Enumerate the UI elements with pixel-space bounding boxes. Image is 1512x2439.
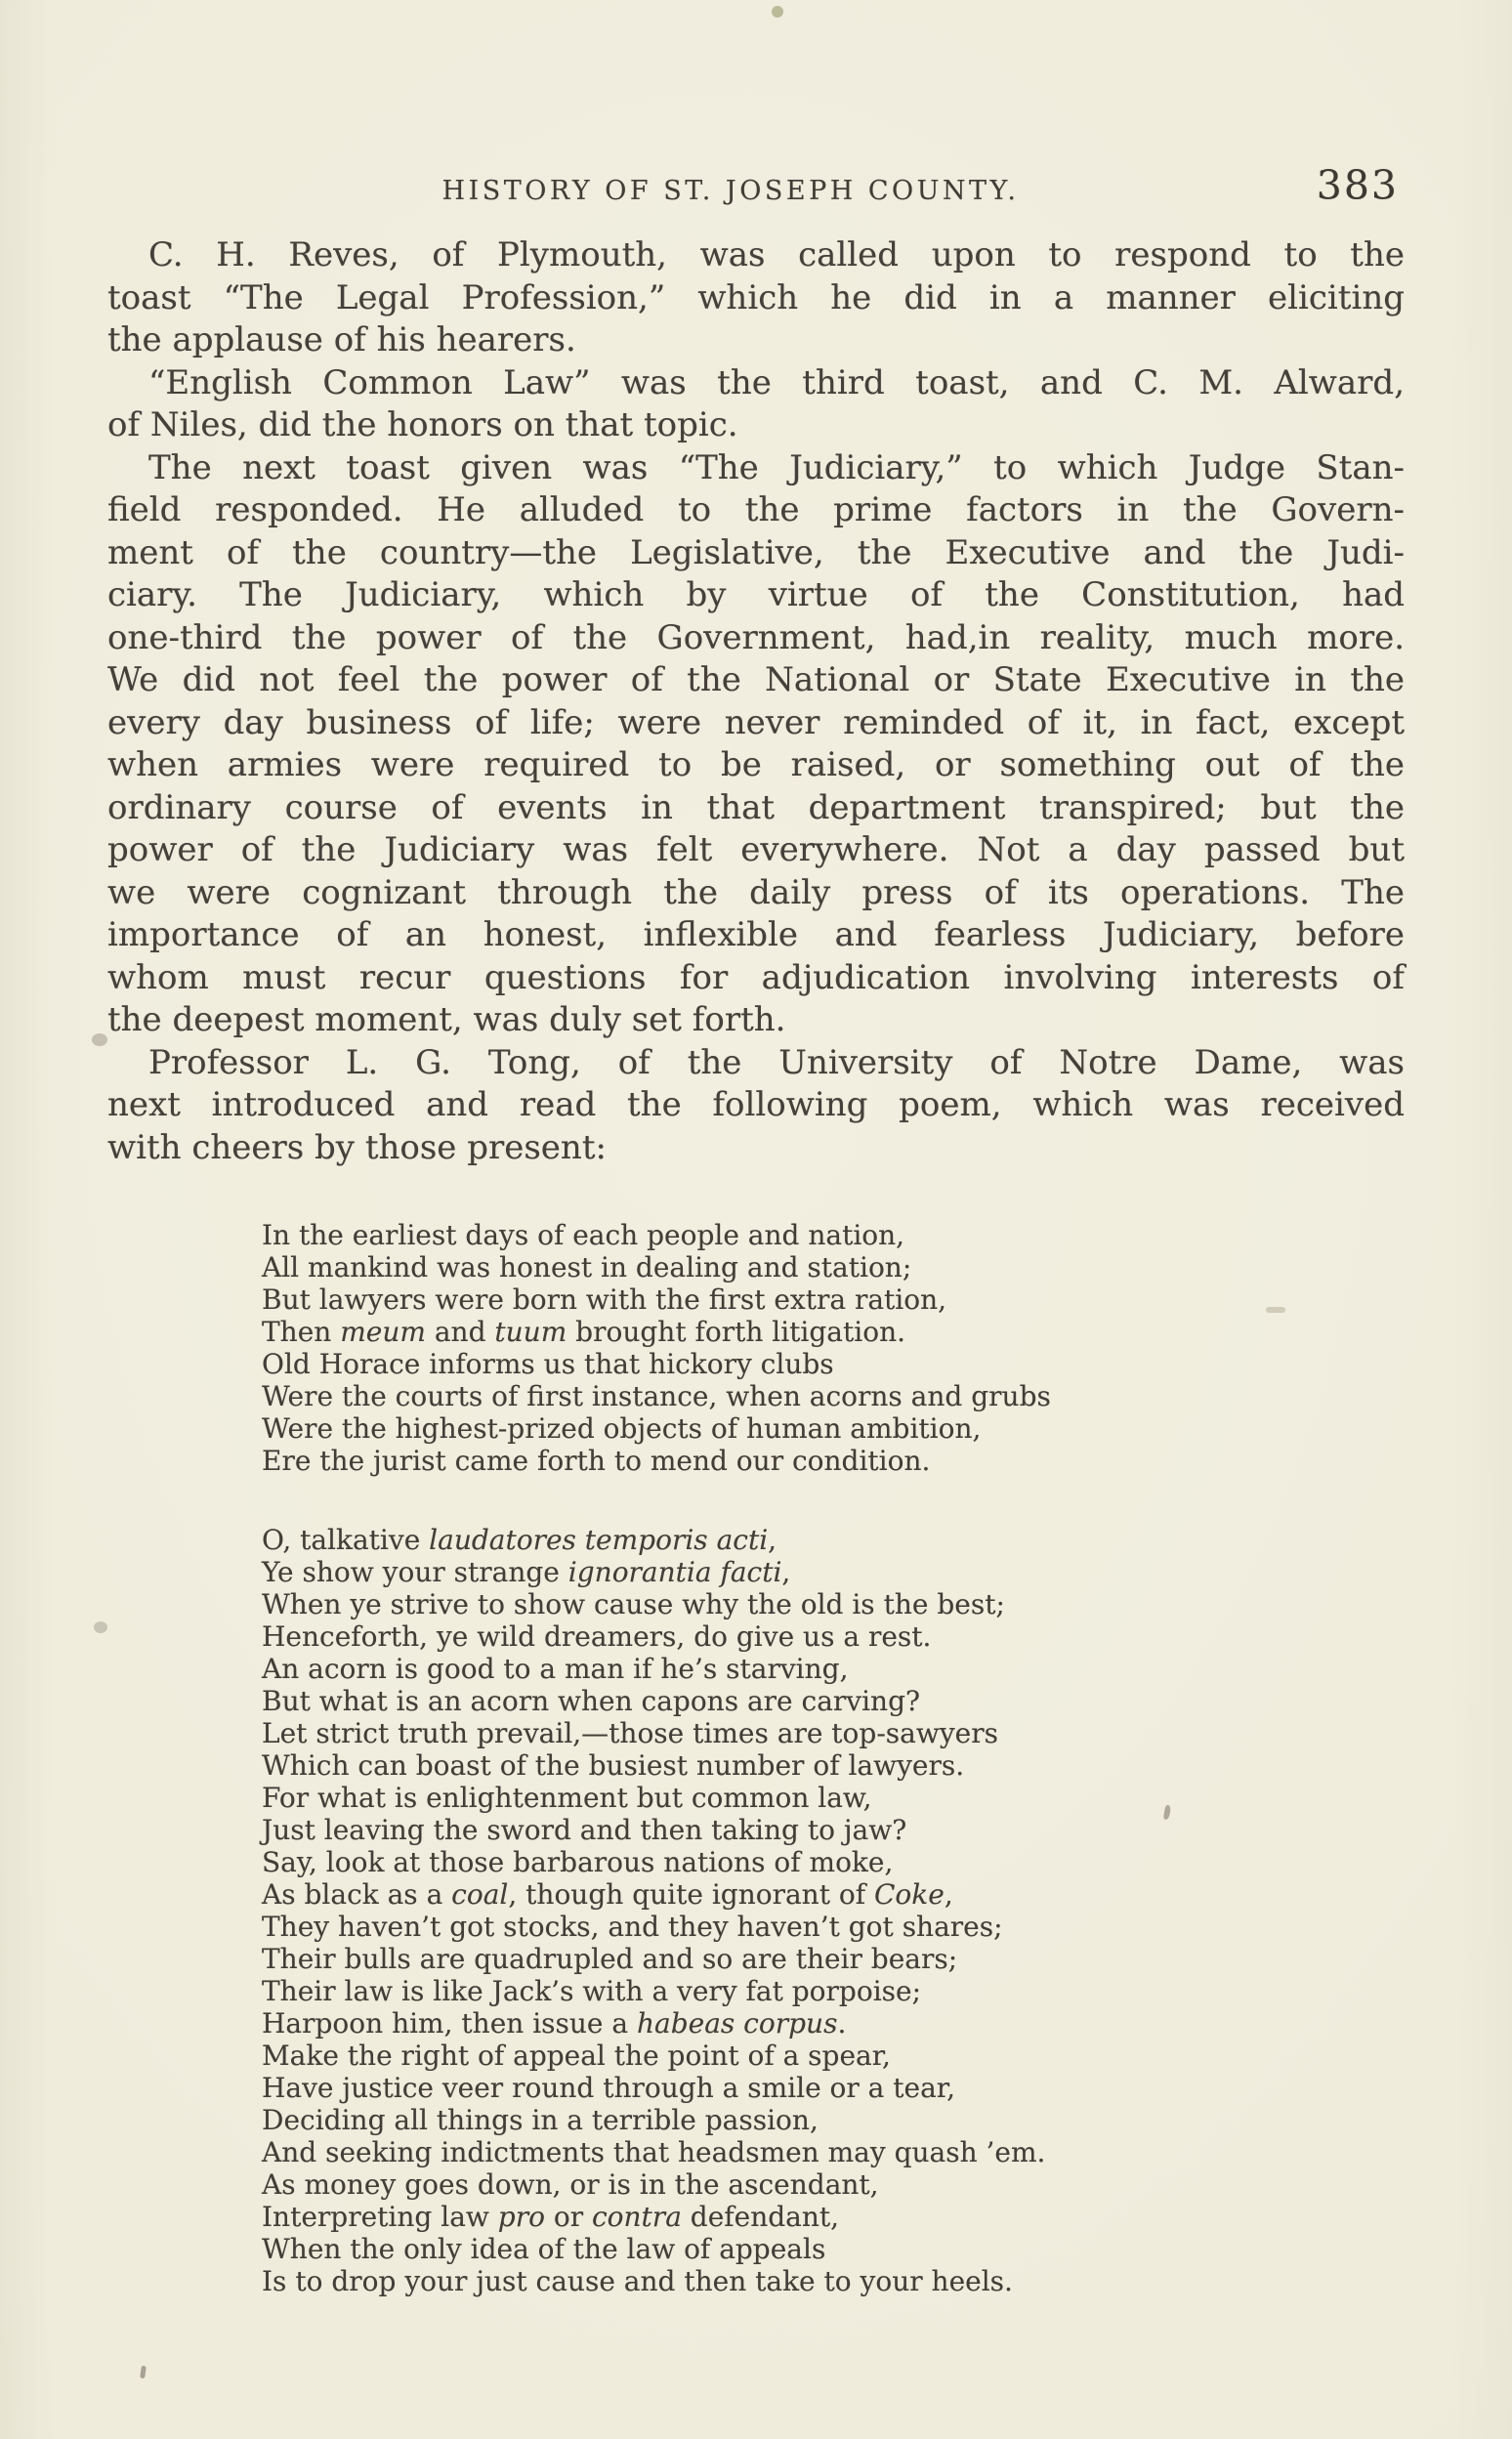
poem-line: Is to drop your just cause and then take… (262, 2265, 1414, 2297)
body-text-line: the deepest moment, was duly set forth. (107, 999, 1405, 1042)
poem-block: In the earliest days of each people and … (262, 1219, 1414, 2297)
poem-line: Interpreting law pro or contra defendant… (262, 2201, 1414, 2233)
poem-line: Were the courts of first instance, when … (262, 1380, 1414, 1412)
poem-line: Say, look at those barbarous nations of … (262, 1846, 1414, 1878)
poem-line: And seeking indictments that headsmen ma… (262, 2136, 1414, 2168)
poem-line: Henceforth, ye wild dreamers, do give us… (262, 1620, 1414, 1653)
poem-line: But lawyers were born with the first ext… (262, 1283, 1414, 1316)
body-text-line: We did not feel the power of the Nationa… (107, 659, 1405, 702)
poem-line: Have justice veer round through a smile … (262, 2072, 1414, 2104)
body-text-line: the applause of his hearers. (107, 319, 1405, 362)
body-text-block: C. H. Reves, of Plymouth, was called upo… (107, 234, 1405, 1169)
poem-line: They haven’t got stocks, and they haven’… (262, 1911, 1414, 1943)
body-text-line: we were cognizant through the daily pres… (107, 872, 1405, 915)
body-text-line: C. H. Reves, of Plymouth, was called upo… (107, 234, 1405, 277)
poem-line: Just leaving the sword and then taking t… (262, 1814, 1414, 1846)
poem-line: Their bulls are quadrupled and so are th… (262, 1943, 1414, 1975)
poem-line: When the only idea of the law of appeals (262, 2233, 1414, 2265)
scan-speck (772, 6, 783, 18)
body-text-line: with cheers by those present: (107, 1127, 1405, 1170)
body-text-line: ordinary course of events in that depart… (107, 787, 1405, 830)
poem-line: Make the right of appeal the point of a … (262, 2040, 1414, 2072)
poem-stanza: In the earliest days of each people and … (262, 1219, 1414, 1477)
poem-line: Ere the jurist came forth to mend our co… (262, 1445, 1414, 1477)
body-text-line: toast “The Legal Profession,” which he d… (107, 277, 1405, 320)
poem-stanza: O, talkative laudatores temporis acti,Ye… (262, 1524, 1414, 2297)
poem-line: All mankind was honest in dealing and st… (262, 1251, 1414, 1283)
poem-line: Harpoon him, then issue a habeas corpus. (262, 2007, 1414, 2040)
poem-line: An acorn is good to a man if he’s starvi… (262, 1653, 1414, 1685)
body-text-line: ciary. The Judiciary, which by virtue of… (107, 574, 1405, 617)
body-text-line: ment of the country—the Legislative, the… (107, 532, 1405, 575)
poem-line: As money goes down, or is in the ascenda… (262, 2168, 1414, 2201)
body-text-line: next introduced and read the following p… (107, 1084, 1405, 1127)
poem-line: Their law is like Jack’s with a very fat… (262, 1975, 1414, 2007)
body-text-line: every day business of life; were never r… (107, 702, 1405, 745)
poem-line: As black as a coal, though quite ignoran… (262, 1878, 1414, 1911)
poem-line: For what is enlightenment but common law… (262, 1782, 1414, 1814)
body-text-line: field responded. He alluded to the prime… (107, 489, 1405, 532)
body-text-line: importance of an honest, inflexible and … (107, 914, 1405, 957)
body-text-line: “English Common Law” was the third toast… (107, 362, 1405, 405)
poem-line: O, talkative laudatores temporis acti, (262, 1524, 1414, 1556)
poem-line: But what is an acorn when capons are car… (262, 1685, 1414, 1717)
scan-speck (92, 1033, 107, 1046)
poem-line: Deciding all things in a terrible passio… (262, 2104, 1414, 2136)
running-header-title: HISTORY OF ST. JOSEPH COUNTY. (442, 176, 1020, 206)
body-text-line: whom must recur questions for adjudicati… (107, 957, 1405, 1000)
poem-line: Then meum and tuum brought forth litigat… (262, 1316, 1414, 1348)
poem-line: Old Horace informs us that hickory clubs (262, 1348, 1414, 1380)
body-text-line: Professor L. G. Tong, of the University … (107, 1042, 1405, 1085)
scan-speck (140, 2366, 147, 2379)
poem-line: In the earliest days of each people and … (262, 1219, 1414, 1251)
poem-line: Ye show your strange ignorantia facti, (262, 1556, 1414, 1588)
page-number: 383 (1317, 162, 1399, 209)
body-text-line: The next toast given was “The Judiciary,… (107, 447, 1405, 490)
body-text-line: of Niles, did the honors on that topic. (107, 404, 1405, 447)
body-text-line: when armies were required to be raised, … (107, 744, 1405, 787)
body-text-line: one-third the power of the Government, h… (107, 617, 1405, 660)
poem-line: Let strict truth prevail,—those times ar… (262, 1717, 1414, 1749)
poem-line: When ye strive to show cause why the old… (262, 1588, 1414, 1620)
poem-line: Which can boast of the busiest number of… (262, 1749, 1414, 1782)
body-text-line: power of the Judiciary was felt everywhe… (107, 829, 1405, 872)
poem-line: Were the highest-prized objects of human… (262, 1412, 1414, 1445)
scan-speck (94, 1621, 107, 1633)
